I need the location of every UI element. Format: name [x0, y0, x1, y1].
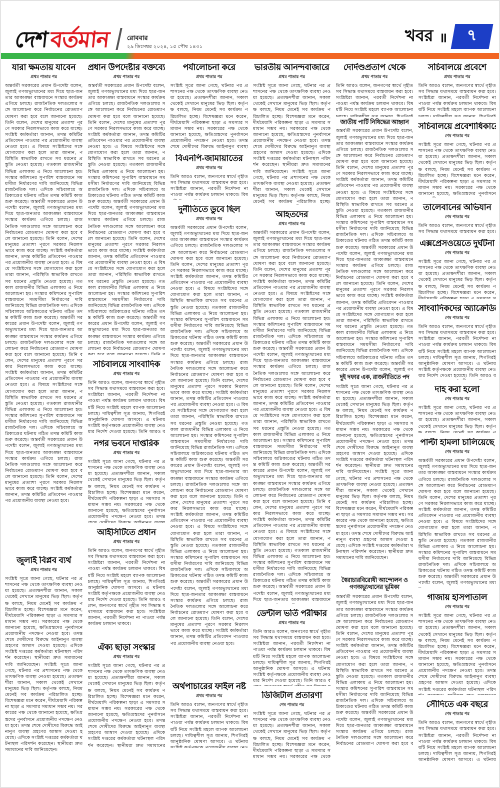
article: সৌদিতে এক বছরে শেষ পাতার পর তিনি আরও বলে…	[418, 700, 496, 761]
section-separator: ॥	[439, 28, 447, 46]
article-body: অন্তর্বর্তী সরকারের প্রধান উপদেষ্টা বলেন…	[253, 230, 331, 604]
continued-from-line: প্রথম পাতার পর	[170, 74, 248, 81]
article: সাংবাদিকদের অ্যাক্রেডিটেশন শেষ পাতার পর …	[418, 304, 496, 380]
continued-from-line: প্রথম পাতার পর	[253, 74, 331, 81]
article-headline: দুর্নীতিতে ডুবে ছিল	[170, 205, 248, 215]
weekday: রোববার	[127, 35, 203, 43]
article-headline: জুলাই বিপ্লব ব্যর্থ	[5, 556, 83, 566]
continued-from-line: শেষ পাতার পর	[418, 133, 496, 140]
article: সচিবালয়ে সাংবাদিক প্রথম পাতার পর তিনি আ…	[88, 360, 166, 434]
article-subhead: স্বৈরাচারবিরোধী আন্দোলন ও গণঅভ্যুত্থানের…	[336, 578, 414, 592]
article: নগর ভবনে দাপ্তরিক প্রথম পাতার পর সংশ্লিষ…	[88, 439, 166, 523]
article-headline: পর্যালোচনা করে	[170, 63, 248, 73]
article: দোর্দণ্ডপ্রতাপ থেকে প্রথম পাতার পর তিনি …	[336, 63, 414, 746]
two-tone-rule	[1, 53, 499, 59]
article: পাল্টা হামলা চালিয়েছে শেষ পাতার পর অন্ত…	[418, 438, 496, 588]
article: অর্থপাচারের ফাইল নষ্ট প্রথম পাতার পর তিন…	[170, 682, 248, 748]
logo-word-desh: দেশ	[14, 29, 49, 51]
article: প্রধান উপদেষ্টার বক্তব্যে প্রথম পাতার পর…	[88, 63, 166, 355]
article: এক্সপ্রেসওয়েতে দুর্ঘটনা শেষ পাতার পর সং…	[418, 239, 496, 299]
article-headline: আহতদের	[253, 210, 331, 220]
article: সচিবালয়ে প্রবেশাধিকারে শেষ পাতার পর সংশ…	[418, 122, 496, 198]
continued-from-line: প্রথম পাতার পর	[253, 620, 331, 627]
continued-from-line: প্রথম পাতার পর	[336, 74, 414, 81]
article-headline: সচিবালয়ে প্রবেশে	[418, 63, 496, 73]
article-body: সংশ্লিষ্ট সূত্রে জানা গেছে, ঘটনার পর প্র…	[418, 259, 496, 299]
continued-from-line: শেষ পাতার পর	[418, 214, 496, 221]
column-2: প্রধান উপদেষ্টার বক্তব্যে প্রথম পাতার পর…	[88, 63, 166, 783]
continued-from-line: শেষ পাতার পর	[418, 604, 496, 611]
article-subhead: জাতীয় পার্টি নিষিদ্ধের আহ্বান	[336, 120, 414, 127]
masthead: দেশ বর্তমান রোববার ২৯ ডিসেম্বর ২০২৪, ১৫ …	[15, 19, 491, 51]
article-body: অন্তর্বর্তী সরকারের প্রধান উপদেষ্টা বলেন…	[336, 594, 414, 746]
article-headline: তালেবানের অভিযান	[418, 203, 496, 213]
article-body: সংশ্লিষ্ট সূত্রে জানা গেছে, ঘটনার পর প্র…	[253, 83, 331, 205]
article: জুলাই বিপ্লব ব্যর্থ প্রথম পাতার পর সংশ্ল…	[5, 556, 83, 764]
article-body: সংশ্লিষ্ট সূত্রে জানা গেছে, ঘটনার পর প্র…	[253, 711, 331, 759]
date-line: ২৯ ডিসেম্বর ২০২৪, ১৫ পৌষ ১৪৩১	[127, 44, 203, 51]
article-body: সংশ্লিষ্ট সূত্রে জানা গেছে, ঘটনার পর প্র…	[170, 83, 248, 149]
article-headline: ঐক্য ছাড়া সংস্কার	[88, 643, 166, 653]
article-subhead: দুই দফার এক, রাজনীতিতে পদ	[336, 375, 414, 382]
continued-from-line: শেষ পাতার পর	[418, 396, 496, 403]
article-headline: গাজায় হাসপাতাল	[418, 593, 496, 603]
continued-from-line: প্রথম পাতার পর	[253, 221, 331, 228]
article-headline: আইসিটিতে প্রধান	[88, 528, 166, 538]
article-body: সংশ্লিষ্ট সূত্রে জানা গেছে, ঘটনার পর প্র…	[418, 142, 496, 198]
article-body: অন্তর্বর্তী সরকারের প্রধান উপদেষ্টা বলেন…	[170, 225, 248, 677]
article: ভারতীয় আনন্দবাজারে প্রথম পাতার পর সংশ্ল…	[253, 63, 331, 205]
article-body: সংশ্লিষ্ট সূত্রে জানা গেছে, ঘটনার পর প্র…	[5, 576, 83, 764]
article-body: তিনি আরও বলেন, জনগণের স্বার্থে গৃহীত সব …	[418, 223, 496, 234]
continued-from-line: শেষ পাতার পর	[418, 250, 496, 257]
logo-word-bortoman: বর্তমান	[49, 29, 110, 51]
article: ঐক্য ছাড়া সংস্কার প্রথম পাতার পর সংশ্লি…	[88, 643, 166, 749]
article-body: তিনি আরও বলেন, জনগণের স্বার্থে গৃহীত সব …	[170, 174, 248, 200]
continued-from-line: শেষ পাতার পর	[418, 711, 496, 718]
article-headline: ভারতীয় আনন্দবাজারে	[253, 63, 331, 73]
article-body: অন্তর্বর্তী সরকারের প্রধান উপদেষ্টা বলেন…	[5, 83, 83, 551]
section-header: খবর ॥ ৭	[405, 23, 491, 50]
column-4: ভারতীয় আনন্দবাজারে প্রথম পাতার পর সংশ্ল…	[253, 63, 331, 783]
article-headline: সাংবাদিকদের অ্যাক্রেডিটেশন	[418, 304, 496, 314]
continued-from-line: প্রথম পাতার পর	[5, 74, 83, 81]
article-body: সংশ্লিষ্ট সূত্রে জানা গেছে, ঘটনার পর প্র…	[418, 613, 496, 695]
continued-from-line: শেষ পাতার পর	[418, 315, 496, 322]
article: দাহ করা হলো শেষ পাতার পর সংশ্লিষ্ট সূত্র…	[418, 385, 496, 433]
continued-from-line: শেষ পাতার পর	[418, 449, 496, 456]
article: আইসিটিতে প্রধান প্রথম পাতার পর তিনি আরও …	[88, 528, 166, 638]
continued-from-line: প্রথম পাতার পর	[88, 654, 166, 661]
article-body: সংশ্লিষ্ট সূত্রে জানা গেছে, ঘটনার পর প্র…	[418, 405, 496, 433]
section-name: খবর	[405, 23, 433, 50]
article-headline: পাল্টা হামলা চালিয়েছে	[418, 438, 496, 448]
article-body: তিনি আরও বলেন, জনগণের স্বার্থে গৃহীত সব …	[418, 720, 496, 761]
article-body: তিনি আরও বলেন, জনগণের স্বার্থে গৃহীত সব …	[253, 629, 331, 686]
article: ডিজিটাল প্রতারণা শেষ পাতার পর সংশ্লিষ্ট …	[253, 691, 331, 759]
continued-from-line: প্রথম পাতার পর	[170, 216, 248, 223]
continued-from-line: প্রথম পাতার পর	[88, 371, 166, 378]
article-body: সংশ্লিষ্ট সূত্রে জানা গেছে, ঘটনার পর প্র…	[336, 384, 414, 576]
continued-from-line: প্রথম পাতার পর	[170, 165, 248, 172]
article-body: তিনি আরও বলেন, জনগণের স্বার্থে গৃহীত সব …	[88, 380, 166, 434]
article-headline: সৌদিতে এক বছরে	[418, 700, 496, 710]
article-headline: সচিবালয়ে সাংবাদিক	[88, 360, 166, 370]
article: তালেবানের অভিযান শেষ পাতার পর তিনি আরও ব…	[418, 203, 496, 234]
column-3: পর্যালোচনা করে প্রথম পাতার পর সংশ্লিষ্ট …	[170, 63, 248, 783]
continued-from-line: প্রথম পাতার পর	[88, 450, 166, 457]
continued-from-line: শেষ পাতার পর	[253, 702, 331, 709]
continued-from-line: প্রথম পাতার পর	[418, 74, 496, 81]
article: পর্যালোচনা করে প্রথম পাতার পর সংশ্লিষ্ট …	[170, 63, 248, 149]
article-body: সংশ্লিষ্ট সূত্রে জানা গেছে, ঘটনার পর প্র…	[88, 663, 166, 749]
article-body: সংশ্লিষ্ট সূত্রে জানা গেছে, ঘটনার পর প্র…	[88, 459, 166, 523]
article-headline: ডেন্টাল ভর্তি পরীক্ষার	[253, 609, 331, 619]
article-headline: দাহ করা হলো	[418, 385, 496, 395]
article-body: অন্তর্বর্তী সরকারের প্রধান উপদেষ্টা বলেন…	[88, 83, 166, 355]
article-body: তিনি আরও বলেন, জনগণের স্বার্থে গৃহীত সব …	[418, 83, 496, 117]
article-headline: অর্থপাচারের ফাইল নষ্ট	[170, 682, 248, 692]
article: বিএনপি-জামায়াতের প্রথম পাতার পর তিনি আর…	[170, 154, 248, 200]
page-number: ৭	[467, 24, 477, 49]
continued-from-line: প্রথম পাতার পর	[5, 567, 83, 574]
article-headline: যারা ক্ষমতায় যাবেন	[5, 63, 83, 73]
newspaper-logo: দেশ বর্তমান	[14, 29, 110, 51]
date-block: রোববার ২৯ ডিসেম্বর ২০২৪, ১৫ পৌষ ১৪৩১	[127, 35, 203, 50]
article-body: তিনি আরও বলেন, জনগণের স্বার্থে গৃহীত সব …	[170, 702, 248, 748]
masthead-divider	[116, 28, 123, 50]
column-6: সচিবালয়ে প্রবেশে প্রথম পাতার পর তিনি আর…	[418, 63, 496, 783]
article-headline: বিএনপি-জামায়াতের	[170, 154, 248, 164]
article: সচিবালয়ে প্রবেশে প্রথম পাতার পর তিনি আর…	[418, 63, 496, 117]
column-5: দোর্দণ্ডপ্রতাপ থেকে প্রথম পাতার পর তিনি …	[336, 63, 414, 783]
article: যারা ক্ষমতায় যাবেন প্রথম পাতার পর অন্তর…	[5, 63, 83, 551]
article: ডেন্টাল ভর্তি পরীক্ষার প্রথম পাতার পর তি…	[253, 609, 331, 686]
article-headline: সচিবালয়ে প্রবেশাধিকারে	[418, 122, 496, 132]
article-body: অন্তর্বর্তী সরকারের প্রধান উপদেষ্টা বলেন…	[336, 128, 414, 372]
article-body: অন্তর্বর্তী সরকারের প্রধান উপদেষ্টা বলেন…	[418, 458, 496, 588]
continued-from-line: প্রথম পাতার পর	[170, 693, 248, 700]
page-number-badge: ৭	[451, 24, 493, 49]
article-columns: যারা ক্ষমতায় যাবেন প্রথম পাতার পর অন্তর…	[5, 63, 496, 783]
continued-from-line: প্রথম পাতার পর	[88, 539, 166, 546]
article: দুর্নীতিতে ডুবে ছিল প্রথম পাতার পর অন্তর…	[170, 205, 248, 677]
article-headline: নগর ভবনে দাপ্তরিক	[88, 439, 166, 449]
article-headline: প্রধান উপদেষ্টার বক্তব্যে	[88, 63, 166, 73]
article-headline: এক্সপ্রেসওয়েতে দুর্ঘটনা	[418, 239, 496, 249]
article: গাজায় হাসপাতাল শেষ পাতার পর সংশ্লিষ্ট স…	[418, 593, 496, 695]
continued-from-line: প্রথম পাতার পর	[88, 74, 166, 81]
article-headline: দোর্দণ্ডপ্রতাপ থেকে	[336, 63, 414, 73]
article-body: তিনি আরও বলেন, জনগণের স্বার্থে গৃহীত সব …	[88, 548, 166, 638]
article-body: তিনি আরও বলেন, জনগণের স্বার্থে গৃহীত সব …	[418, 324, 496, 380]
column-1: যারা ক্ষমতায় যাবেন প্রথম পাতার পর অন্তর…	[5, 63, 83, 783]
newspaper-page: দেশ বর্তমান রোববার ২৯ ডিসেম্বর ২০২৪, ১৫ …	[0, 0, 500, 788]
article-body: তিনি আরও বলেন, জনগণের স্বার্থে গৃহীত সব …	[336, 83, 414, 117]
article: আহতদের প্রথম পাতার পর অন্তর্বর্তী সরকারে…	[253, 210, 331, 604]
article-headline: ডিজিটাল প্রতারণা	[253, 691, 331, 701]
